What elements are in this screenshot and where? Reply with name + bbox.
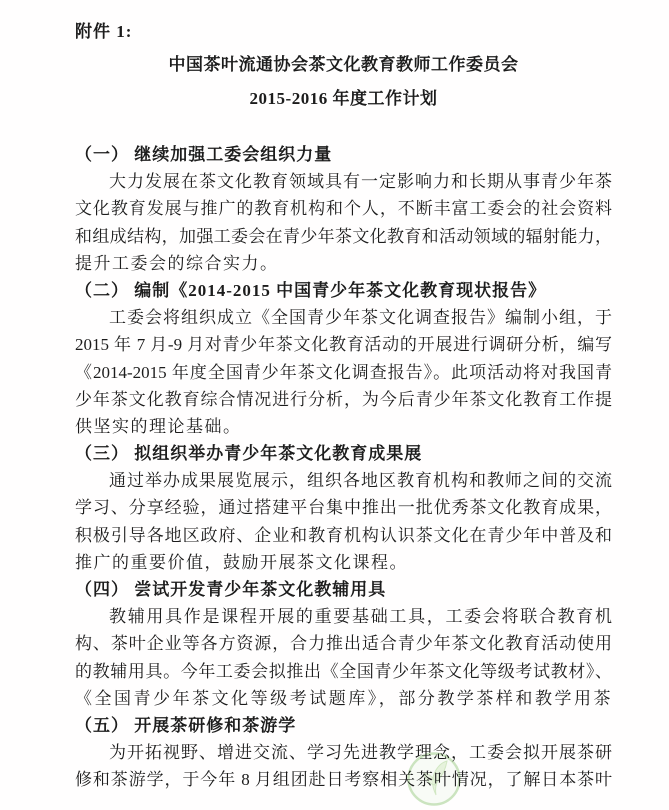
section-2-line: 少年茶文化教育综合情况进行分析，为今后青少年茶文化教育工作提 bbox=[75, 386, 612, 413]
section-3-line: 学习、分享经验，通过搭建平台集中推出一批优秀茶文化教育成果， bbox=[75, 494, 612, 521]
document-content: 附件 1: 中国茶叶流通协会茶文化教育教师工作委员会 2015-2016 年度工… bbox=[75, 18, 612, 794]
section-1-line: 和组成结构，加强工委会在青少年茶文化教育和活动领域的辐射能力， bbox=[75, 223, 612, 250]
document-title-line1: 中国茶叶流通协会茶文化教育教师工作委员会 bbox=[75, 51, 612, 79]
section-4-heading: （四） 尝试开发青少年茶文化教辅用具 bbox=[75, 576, 612, 603]
section-3-line: 通过举办成果展览展示，组织各地区教育机构和教师之间的交流 bbox=[75, 467, 612, 494]
section-5: （五） 开展茶研修和茶游学 为开拓视野、增进交流、学习先进教学理念，工委会拟开展… bbox=[75, 712, 612, 794]
section-4-line: 教辅用具作是课程开展的重要基础工具，工委会将联合教育机 bbox=[75, 603, 612, 630]
section-2-heading: （二） 编制《2014-2015 中国青少年茶文化教育现状报告》 bbox=[75, 277, 612, 304]
section-4-line: 《全国青少年茶文化等级考试题库》，部分教学茶样和教学用茶具。 bbox=[75, 685, 612, 712]
section-1-line: 文化教育发展与推广的教育机构和个人，不断丰富工委会的社会资料 bbox=[75, 195, 612, 222]
section-3-heading: （三） 拟组织举办青少年茶文化教育成果展 bbox=[75, 440, 612, 467]
section-5-line: 为开拓视野、增进交流、学习先进教学理念，工委会拟开展茶研 bbox=[75, 739, 612, 766]
document-page: 附件 1: 中国茶叶流通协会茶文化教育教师工作委员会 2015-2016 年度工… bbox=[0, 0, 669, 810]
section-4-line: 的教辅用具。今年工委会拟推出《全国青少年茶文化等级考试教材》、 bbox=[75, 658, 612, 685]
section-2-line: 2015 年 7 月-9 月对青少年茶文化教育活动的开展进行调研分析，编写 bbox=[75, 331, 612, 358]
section-1-heading: （一） 继续加强工委会组织力量 bbox=[75, 141, 612, 168]
section-5-heading: （五） 开展茶研修和茶游学 bbox=[75, 712, 612, 739]
attachment-label: 附件 1: bbox=[75, 18, 612, 45]
section-4-line: 构、茶叶企业等各方资源，合力推出适合青少年茶文化教育活动使用 bbox=[75, 630, 612, 657]
section-5-line: 修和茶游学，于今年 8 月组团赴日考察相关茶叶情况，了解日本茶叶 bbox=[75, 766, 612, 793]
section-1-line: 提升工委会的综合实力。 bbox=[75, 250, 612, 277]
section-2-line: 供坚实的理论基础。 bbox=[75, 413, 612, 440]
section-3-line: 推广的重要价值，鼓励开展茶文化课程。 bbox=[75, 549, 612, 576]
section-1: （一） 继续加强工委会组织力量 大力发展在茶文化教育领域具有一定影响力和长期从事… bbox=[75, 141, 612, 277]
document-title-line2: 2015-2016 年度工作计划 bbox=[75, 85, 612, 113]
section-2-line: 《2014-2015 年度全国青少年茶文化调查报告》。此项活动将对我国青 bbox=[75, 359, 612, 386]
section-2-line: 工委会将组织成立《全国青少年茶文化调查报告》编制小组，于 bbox=[75, 304, 612, 331]
section-1-line: 大力发展在茶文化教育领域具有一定影响力和长期从事青少年茶 bbox=[75, 168, 612, 195]
section-2: （二） 编制《2014-2015 中国青少年茶文化教育现状报告》 工委会将组织成… bbox=[75, 277, 612, 440]
section-4: （四） 尝试开发青少年茶文化教辅用具 教辅用具作是课程开展的重要基础工具，工委会… bbox=[75, 576, 612, 712]
section-3-line: 积极引导各地区政府、企业和教育机构认识茶文化在青少年中普及和 bbox=[75, 522, 612, 549]
sections-container: （一） 继续加强工委会组织力量 大力发展在茶文化教育领域具有一定影响力和长期从事… bbox=[75, 141, 612, 794]
section-3: （三） 拟组织举办青少年茶文化教育成果展 通过举办成果展览展示，组织各地区教育机… bbox=[75, 440, 612, 576]
